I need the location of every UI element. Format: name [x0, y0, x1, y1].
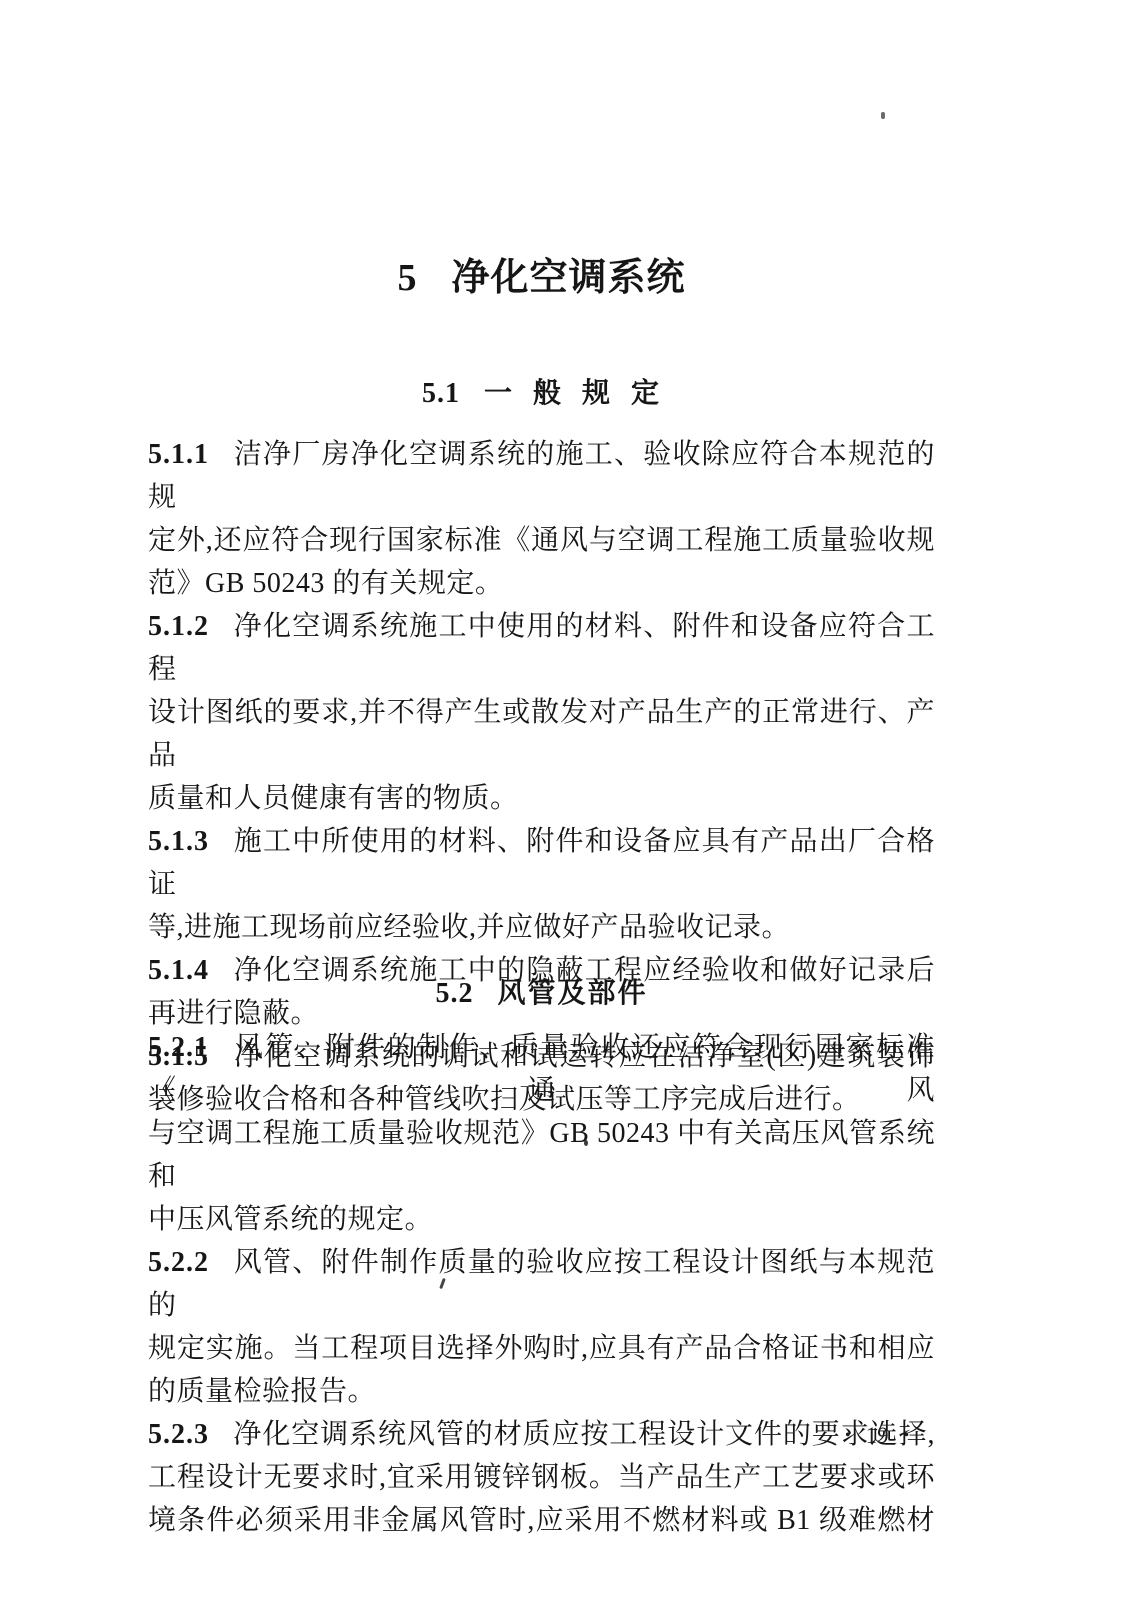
clause-number: 5.2.2 — [148, 1247, 233, 1278]
clause-5-2-3: 5.2.3净化空调系统风管的材质应按工程设计文件的要求选择, 工程设计无要求时,… — [148, 1413, 935, 1542]
clause-5-2-2: 5.2.2风管、附件制作质量的验收应按工程设计图纸与本规范的 规定实施。当工程项… — [148, 1241, 935, 1413]
section-5-1-body: 5.1.1洁净厂房净化空调系统的施工、验收除应符合本规范的规 定外,还应符合现行… — [148, 433, 935, 1121]
clause-number: 5.2.1 — [148, 1032, 233, 1063]
section-heading-5-1: 5.1一 般 规 定 — [148, 377, 935, 411]
chapter-title-text: 净化空调系统 — [451, 257, 685, 299]
section-heading-5-2: 5.2风管及部件 — [148, 977, 935, 1011]
clause-line: 中压风管系统的规定。 — [148, 1198, 935, 1241]
scan-artifact-speck — [881, 112, 885, 119]
scan-artifact-speck — [584, 1140, 588, 1146]
clause-line: 5.1.2净化空调系统施工中使用的材料、附件和设备应符合工程 — [148, 605, 935, 691]
clause-line: 与空调工程施工质量验收规范》GB 50243 中有关高压风管系统和 — [148, 1112, 935, 1198]
clause-line-text: 洁净厂房净化空调系统的施工、验收除应符合本规范的规 — [148, 439, 935, 513]
clause-line: 等,进施工现场前应经验收,并应做好产品验收记录。 — [148, 906, 935, 949]
section-title: 一 般 规 定 — [484, 378, 661, 409]
clause-line: 工程设计无要求时,宜采用镀锌钢板。当产品生产工艺要求或环 — [148, 1456, 935, 1499]
clause-5-1-2: 5.1.2净化空调系统施工中使用的材料、附件和设备应符合工程 设计图纸的要求,并… — [148, 605, 935, 820]
chapter-title: 5净化空调系统 — [148, 254, 935, 302]
clause-5-1-1: 5.1.1洁净厂房净化空调系统的施工、验收除应符合本规范的规 定外,还应符合现行… — [148, 433, 935, 605]
clause-line-text: 净化空调系统施工中使用的材料、附件和设备应符合工程 — [148, 611, 935, 685]
clause-number: 5.1.2 — [148, 611, 233, 642]
clause-line: 设计图纸的要求,并不得产生或散发对产品生产的正常进行、产品 — [148, 691, 935, 777]
clause-5-1-3: 5.1.3施工中所使用的材料、附件和设备应具有产品出厂合格证 等,进施工现场前应… — [148, 820, 935, 949]
clause-line-text: 风管、附件制作质量的验收应按工程设计图纸与本规范的 — [148, 1247, 935, 1321]
section-5-2-body: 5.2.1风管、附件的制作、质量验收还应符合现行国家标准《通风 与空调工程施工质… — [148, 1026, 935, 1542]
clause-line: 定外,还应符合现行国家标准《通风与空调工程施工质量验收规 — [148, 519, 935, 562]
page-footer: • 19 • — [845, 1421, 909, 1451]
clause-line: 5.2.2风管、附件制作质量的验收应按工程设计图纸与本规范的 — [148, 1241, 935, 1327]
clause-line: 5.1.1洁净厂房净化空调系统的施工、验收除应符合本规范的规 — [148, 433, 935, 519]
clause-line: 范》GB 50243 的有关规定。 — [148, 562, 935, 605]
clause-number: 5.2.3 — [148, 1419, 233, 1450]
clause-5-2-1: 5.2.1风管、附件的制作、质量验收还应符合现行国家标准《通风 与空调工程施工质… — [148, 1026, 935, 1241]
clause-line: 境条件必须采用非金属风管时,应采用不燃材料或 B1 级难燃材 — [148, 1499, 935, 1542]
footer-right-dot: • — [904, 1421, 910, 1451]
clause-line: 规定实施。当工程项目选择外购时,应具有产品合格证书和相应 — [148, 1327, 935, 1370]
clause-line: 质量和人员健康有害的物质。 — [148, 777, 935, 820]
clause-number: 5.1.3 — [148, 826, 233, 857]
section-number: 5.2 — [435, 978, 473, 1009]
clause-line: 5.1.3施工中所使用的材料、附件和设备应具有产品出厂合格证 — [148, 820, 935, 906]
clause-line: 5.2.3净化空调系统风管的材质应按工程设计文件的要求选择, — [148, 1413, 935, 1456]
footer-left-dot: • — [845, 1421, 851, 1451]
clause-line: 的质量检验报告。 — [148, 1370, 935, 1413]
clause-line-text: 施工中所使用的材料、附件和设备应具有产品出厂合格证 — [148, 826, 935, 900]
clause-line-text: 风管、附件的制作、质量验收还应符合现行国家标准《通风 — [148, 1032, 935, 1106]
page-number: 19 — [866, 1421, 889, 1451]
clause-line: 5.2.1风管、附件的制作、质量验收还应符合现行国家标准《通风 — [148, 1026, 935, 1112]
clause-number: 5.1.1 — [148, 439, 233, 470]
scanned-document-page: 5净化空调系统 5.1一 般 规 定 5.1.1洁净厂房净化空调系统的施工、验收… — [0, 0, 1142, 1600]
chapter-number: 5 — [397, 257, 417, 299]
clause-line-text: 净化空调系统风管的材质应按工程设计文件的要求选择, — [233, 1419, 935, 1450]
section-title: 风管及部件 — [497, 978, 647, 1009]
section-number: 5.1 — [422, 378, 460, 409]
